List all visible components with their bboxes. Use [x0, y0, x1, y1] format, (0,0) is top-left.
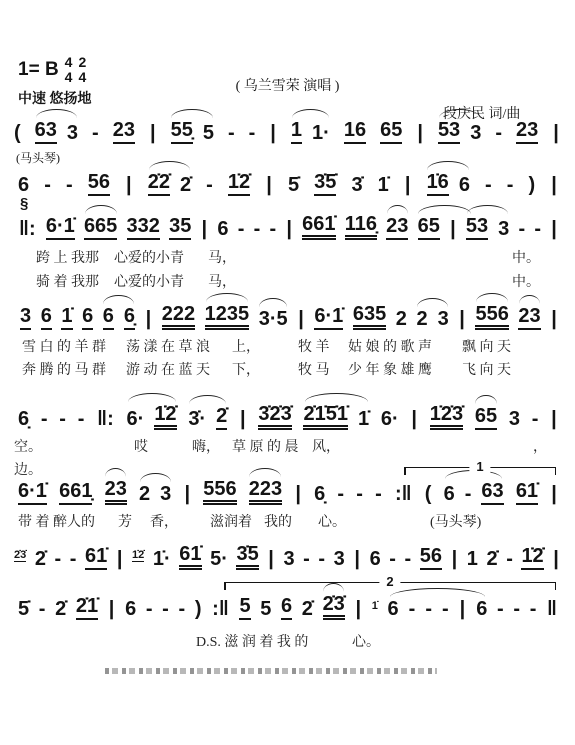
note: - [55, 548, 62, 570]
music-system: 6̣---‖:6·1̇2̇3̇·2̇|3̇2̇3̇2̇1̇5̇1̇1̇6·|1̇… [18, 404, 558, 430]
note: - [146, 598, 153, 620]
note: 1̇2̇3̇ [430, 403, 463, 430]
barline: | [451, 548, 459, 570]
note: 2̇1̇5̇1̇ [303, 403, 348, 430]
barline: | [552, 548, 560, 570]
note: 3̇5̇ [314, 171, 336, 196]
lyric-segment: 中。 [512, 247, 540, 267]
ending-label: 2 [379, 574, 400, 589]
barline: | [459, 598, 467, 620]
note: 3·5 [259, 308, 288, 330]
note-group: 2̇2̇2̇ [148, 171, 191, 196]
note: - [497, 598, 504, 620]
note-group: 23 [416, 308, 448, 330]
note: 2 [396, 308, 407, 330]
lyric-segment: 心爱的小青 [114, 247, 184, 267]
note-group: 6-63 [444, 480, 504, 505]
lyric-line: D.S. 滋 润 着 我 的心。 [0, 631, 575, 649]
barline: | [353, 548, 361, 570]
note: - [44, 174, 51, 196]
note-group: 2̇1̇5̇1̇1̇ [303, 403, 369, 430]
note: 116̣ [345, 213, 377, 240]
barline: | [552, 122, 560, 144]
note: - [70, 548, 77, 570]
music-system: (633-23|55̣5--|11·1665|533-23| [14, 118, 560, 144]
note: ) [529, 174, 536, 196]
note-group: 55̣5 [171, 119, 214, 144]
note: 56 [420, 545, 442, 570]
note: 23 [113, 119, 135, 144]
note: 2̇ [35, 548, 46, 570]
note: 5̇ [18, 598, 29, 620]
note: 661̣ [59, 480, 92, 505]
lyric-segment: 香， [150, 511, 178, 531]
note: ( [425, 483, 432, 505]
instrument-caption: (马头琴) [16, 149, 60, 166]
note: 1235 [205, 303, 250, 330]
note: 2̇2̇ [148, 171, 170, 196]
note: 661̇ [302, 213, 335, 240]
note: 6 [476, 598, 487, 620]
note: 3 [160, 483, 171, 505]
note: 3̇2̇3̇ [258, 403, 291, 430]
lyric-segment: ， [533, 436, 547, 456]
barline: | [294, 483, 302, 505]
note: 3 [20, 305, 31, 330]
note: 63 [481, 480, 503, 505]
barline: | [183, 483, 191, 505]
barline: | [550, 483, 558, 505]
lyric-line: 带 着 醉人的芳香，滋润着我的心。(马头琴) [0, 511, 575, 529]
barline: | [116, 548, 124, 570]
note: - [405, 548, 412, 570]
barline: | [269, 122, 277, 144]
sheet-music-page: 1= B 4 4 2 4 中速 悠扬地 ( 乌兰雪荣 演唱 ) 段庆民 词/曲 … [0, 0, 575, 745]
note: 6·1̇ [18, 480, 47, 505]
lyric-line: 奔 腾 的 马 群游 动 在 蓝 天下，牧 马少 年 象 雄 鹰飞 向 天 [0, 359, 575, 377]
note-group: 1̇66 [427, 171, 470, 196]
note: - [92, 122, 99, 144]
lyric-segment: 雪 白 的 羊 群 [22, 336, 106, 356]
note: - [485, 174, 492, 196]
note: 6 [444, 483, 455, 505]
note-group: 533 [466, 215, 509, 240]
clipped-text-fragment [105, 668, 437, 674]
note: 23 [105, 478, 127, 505]
note-group: 23 [139, 483, 171, 505]
note: 2 [139, 483, 150, 505]
note: 6· [127, 408, 145, 430]
barline: | [354, 598, 362, 620]
note: 1̇ [358, 408, 369, 430]
barline: | [108, 598, 116, 620]
barline: ‖: [96, 408, 115, 430]
barline: | [125, 174, 133, 196]
note: 16 [344, 119, 366, 144]
note: 63 [35, 119, 57, 144]
lyric-segment: (马头琴) [430, 511, 481, 531]
barline: :‖ [394, 483, 413, 505]
barline: | [404, 174, 412, 196]
lyric-segment: 荡 漾 在 草 浪 [126, 336, 210, 356]
note: 5̇ [288, 174, 299, 196]
lyric-segment: 中。 [512, 271, 540, 291]
note: - [532, 408, 539, 430]
note: 1̇2̇ [228, 171, 250, 196]
barline: | [410, 408, 418, 430]
lyric-segment: 边。 [14, 459, 42, 479]
note: 3̇ [351, 174, 362, 196]
note: 6·1̇ [314, 305, 343, 330]
note: - [425, 598, 432, 620]
barline: | [267, 548, 275, 570]
segno-icon: § [20, 195, 28, 212]
lyric-segment: D.S. 滋 润 着 我 的 [196, 631, 308, 651]
music-system: 6·1̇661̣2323|556223|6̣---:‖(6-6361̇| [18, 479, 558, 505]
note: - [66, 174, 73, 196]
note: 6 [41, 305, 52, 330]
ending-bracket-2: 2 [224, 582, 556, 583]
note: 3 [438, 308, 449, 330]
note: 556 [475, 303, 508, 330]
music-system: 361̇666̣|22212353·5|6·1̇635223|55623| [20, 304, 558, 330]
barline: | [239, 408, 247, 430]
note: 6 [82, 305, 93, 330]
note: 3 [509, 408, 520, 430]
note: - [269, 218, 276, 240]
note: - [59, 408, 66, 430]
note: 61̇ [516, 480, 538, 505]
note: 3 [283, 548, 294, 570]
note: 6 [459, 174, 470, 196]
lyric-segment: 飘 向 天 [462, 336, 511, 356]
note: 222 [162, 303, 195, 330]
note: 6 [103, 305, 114, 330]
lyric-segment: 姑 娘 的 歌 声 [348, 336, 432, 356]
lyric-segment: 马， [208, 271, 236, 291]
note: 53 [466, 215, 488, 240]
note: 2̇ [55, 598, 66, 620]
note: 1 [291, 119, 302, 144]
note: ( [14, 122, 21, 144]
note: - [507, 174, 514, 196]
note: 61̇ [85, 545, 107, 570]
note: 3̇· [188, 408, 206, 430]
note: 5 [239, 595, 250, 620]
note: 3 [334, 548, 345, 570]
note: 5 [203, 122, 214, 144]
barline: | [265, 174, 273, 196]
note: 2̇ [216, 405, 227, 430]
barline: | [458, 308, 466, 330]
lyric-line: 雪 白 的 羊 群荡 漾 在 草 浪上，牧 羊姑 娘 的 歌 声飘 向 天 [0, 336, 575, 354]
note: 6̣ [124, 305, 135, 330]
barline: | [550, 308, 558, 330]
grace-note: 2̇3̇ [14, 550, 26, 562]
note: 6̣ [314, 483, 325, 505]
note: - [375, 483, 382, 505]
barline: | [449, 218, 457, 240]
note-group: 11· [291, 119, 330, 144]
lyric-segment: 游 动 在 蓝 天 [126, 359, 210, 379]
lyric-segment: 飞 向 天 [462, 359, 511, 379]
note: - [249, 122, 256, 144]
lyric-segment: 心。 [318, 511, 346, 531]
barline: | [149, 122, 157, 144]
note: 3̇5 [236, 543, 258, 570]
lyric-line: 跨 上 我那心爱的小青马，中。 [0, 247, 575, 265]
lyric-segment: 牧 羊 [298, 336, 330, 356]
note: 556 [203, 478, 236, 505]
note: - [465, 483, 472, 505]
note: - [206, 174, 213, 196]
note-group: 533 [438, 119, 481, 144]
note-group: 633 [35, 119, 78, 144]
note-group: 6·1̇2̇ [127, 403, 177, 430]
ending-bracket-1: 1 [404, 467, 556, 468]
note: - [409, 598, 416, 620]
note: - [238, 218, 245, 240]
note: 6 [125, 598, 136, 620]
note: ) [195, 598, 202, 620]
note: - [162, 598, 169, 620]
barline: | [145, 308, 153, 330]
note: 53 [438, 119, 460, 144]
note: 6 [388, 598, 399, 620]
note: 1 [467, 548, 478, 570]
note: - [39, 598, 46, 620]
lyric-segment: 下， [232, 359, 260, 379]
lyric-segment: 少 年 象 雄 鹰 [348, 359, 432, 379]
note: 6 [217, 218, 228, 240]
note: 2̇ [180, 174, 191, 196]
note: - [530, 598, 537, 620]
lyric-segment: 上， [232, 336, 260, 356]
note: 6̣ [18, 408, 29, 430]
lyric-line: 骑 着 我那心爱的小青马，中。 [0, 271, 575, 289]
note: 635 [353, 303, 386, 330]
note: 5· [210, 548, 228, 570]
note: 23 [386, 215, 408, 240]
note: - [337, 483, 344, 505]
note: - [518, 218, 525, 240]
lyric-segment: 马， [208, 247, 236, 267]
lyric-segment: 哎 [134, 436, 148, 456]
note: - [179, 598, 186, 620]
barline: | [201, 218, 209, 240]
note: 6 [370, 548, 381, 570]
barline: | [550, 408, 558, 430]
barline: | [416, 122, 424, 144]
note: 6 [281, 595, 292, 620]
note: 23 [518, 305, 540, 330]
music-system: 5̇-2̇2̇1̇|6---):‖5562̇2̇3̇|1̇6---|6---‖ [18, 594, 558, 620]
note: 223 [249, 478, 282, 505]
note: 6· [381, 408, 399, 430]
note: 56 [88, 171, 110, 196]
note: - [506, 548, 513, 570]
ending-label: 1 [469, 459, 490, 474]
note: 1̇ [61, 305, 72, 330]
note: - [318, 548, 325, 570]
barline: | [297, 308, 305, 330]
note: 35 [169, 215, 191, 240]
music-system: 6--56|2̇2̇2̇-1̇2̇|5̇3̇5̇3̇1̇|1̇66--)| [18, 170, 558, 196]
note: 2̇1̇ [76, 595, 98, 620]
note: 1̇· [153, 548, 171, 570]
note-group: 6---|6 [388, 598, 488, 620]
note: 3 [498, 218, 509, 240]
note-group: 3̇·2̇ [188, 405, 227, 430]
score-body: (633-23|55̣5--|11·1665|533-23|6--56|2̇2̇… [0, 0, 575, 745]
grace-note: 1̇ [372, 601, 378, 612]
lyric-segment: 芳 [118, 511, 132, 531]
lyric-segment: 牧 马 [298, 359, 330, 379]
lyric-segment: 带 着 醉人的 [18, 511, 95, 531]
note: - [41, 408, 48, 430]
note: 6 [18, 174, 29, 196]
lyric-segment: 风， [312, 436, 340, 456]
barline: | [550, 174, 558, 196]
note: 65 [475, 405, 497, 430]
note: 65 [380, 119, 402, 144]
lyric-segment: 奔 腾 的 马 群 [22, 359, 106, 379]
lyric-segment: 滋润着 [210, 511, 252, 531]
note: 65 [418, 215, 440, 240]
note: - [534, 218, 541, 240]
note-group: 66̣ [103, 305, 135, 330]
note: 2 [416, 308, 427, 330]
note: - [228, 122, 235, 144]
note: 1̇2̇ [521, 545, 543, 570]
note: - [513, 598, 520, 620]
lyric-segment: 跨 上 我那 [36, 247, 99, 267]
note: 3 [470, 122, 481, 144]
barline: :‖ [211, 598, 230, 620]
barline: | [285, 218, 293, 240]
note: - [303, 548, 310, 570]
lyric-segment: 草 原 的 晨 [232, 436, 299, 456]
lyric-segment: 骑 着 我那 [36, 271, 99, 291]
note: - [389, 548, 396, 570]
music-system: ‖:6·1̇66533235|6---|661̇116̣2365|533--| [18, 214, 558, 240]
barline: | [550, 218, 558, 240]
grace-note: 1̇2̇ [132, 550, 144, 562]
note: - [442, 598, 449, 620]
note: 61̇ [179, 543, 201, 570]
note: 55̣ [171, 119, 193, 144]
note: 1̇6 [427, 171, 449, 196]
lyric-line: 空。哎嗨，草 原 的 晨风，， [0, 436, 575, 454]
barline: ‖: [18, 218, 37, 240]
lyric-segment: 嗨， [192, 436, 220, 456]
note: 2̇3̇ [323, 593, 345, 620]
note: 6·1̇ [46, 215, 75, 240]
lyric-segment: 心爱的小青 [114, 271, 184, 291]
note: - [356, 483, 363, 505]
note: 1· [312, 122, 330, 144]
note: 2̇ [302, 598, 313, 620]
lyric-segment: 空。 [14, 436, 42, 456]
note: 23 [516, 119, 538, 144]
note: 3 [67, 122, 78, 144]
note: 5 [260, 598, 271, 620]
note: - [78, 408, 85, 430]
lyric-segment: 我的 [264, 511, 292, 531]
note: - [254, 218, 261, 240]
note: 1̇ [378, 174, 389, 196]
note: 2̇ [486, 548, 497, 570]
note: 332 [127, 215, 160, 240]
note: - [495, 122, 502, 144]
note: 665 [84, 215, 117, 240]
lyric-segment: 心。 [352, 631, 380, 651]
music-system: 2̇3̇2̇--61̇|1̇2̇1̇·61̇5·3̇5|3--3|6--56|1… [14, 544, 560, 570]
note: 1̇2̇ [154, 403, 176, 430]
barline: ‖ [546, 598, 558, 620]
